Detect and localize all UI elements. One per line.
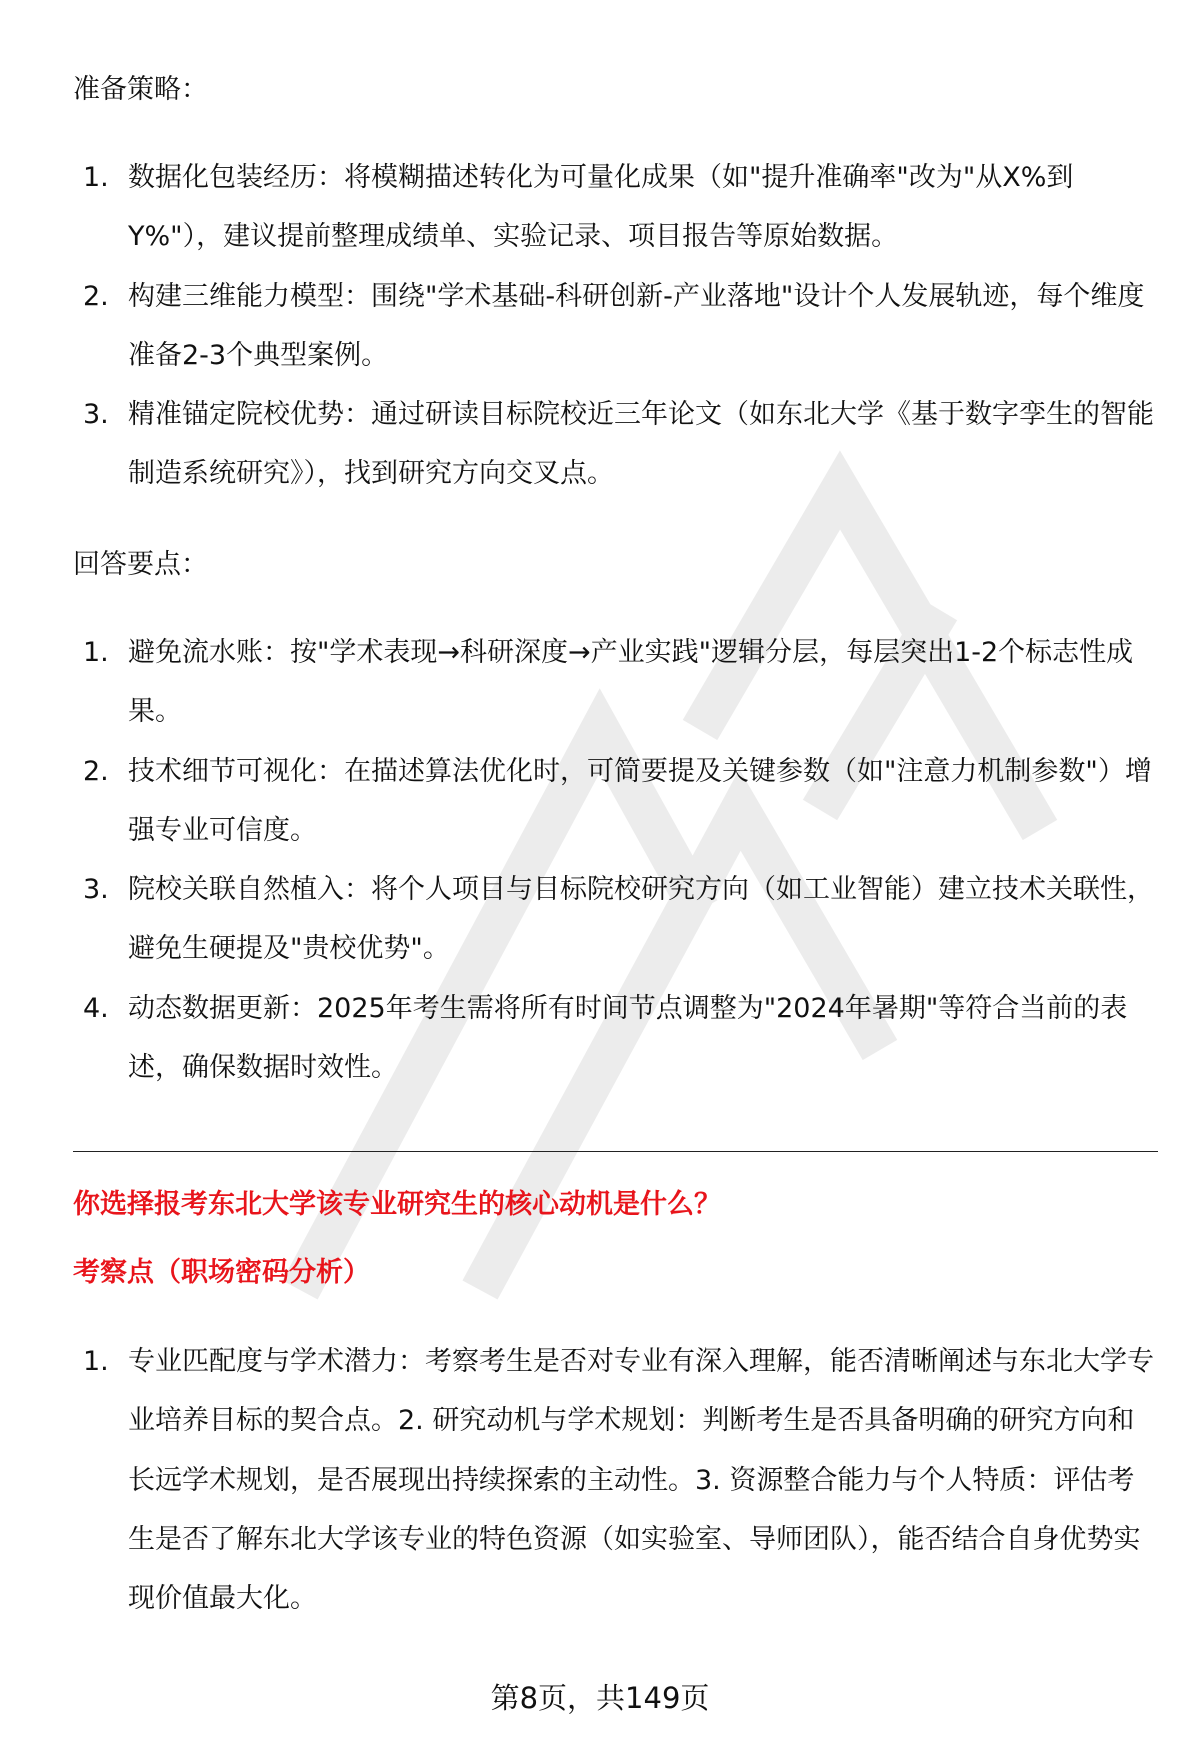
question-subtitle: 考察点（职场密码分析） <box>73 1253 370 1293</box>
item-text: 精准锚定院校优势：通过研读目标院校近三年论文（如东北大学《基于数字孪生的智能制造… <box>128 399 1154 489</box>
item-text: 动态数据更新：2025年考生需将所有时间节点调整为"2024年暑期"等符合当前的… <box>128 993 1127 1083</box>
prep-list: 1. 数据化包装经历：将模糊描述转化为可量化成果（如"提升准确率"改为"从X%到… <box>73 148 1158 504</box>
section-heading-answer: 回答要点： <box>73 545 208 585</box>
question-points-list: 1. 专业匹配度与学术潜力：考察考生是否对专业有深入理解，能否清晰阐述与东北大学… <box>73 1332 1158 1628</box>
list-item: 2. 构建三维能力模型：围绕"学术基础-科研创新-产业落地"设计个人发展轨迹，每… <box>73 267 1158 386</box>
section-heading-prep: 准备策略： <box>73 70 208 110</box>
item-text: 避免流水账：按"学术表现→科研深度→产业实践"逻辑分层，每层突出1-2个标志性成… <box>128 637 1133 727</box>
question-title: 你选择报考东北大学该专业研究生的核心动机是什么？ <box>73 1185 721 1225</box>
list-item: 1. 数据化包装经历：将模糊描述转化为可量化成果（如"提升准确率"改为"从X%到… <box>73 148 1158 267</box>
list-item: 2. 技术细节可视化：在描述算法优化时，可简要提及关键参数（如"注意力机制参数"… <box>73 742 1158 861</box>
item-number: 3. <box>83 385 109 444</box>
item-text: 数据化包装经历：将模糊描述转化为可量化成果（如"提升准确率"改为"从X%到Y%"… <box>128 162 1073 252</box>
item-text: 技术细节可视化：在描述算法优化时，可简要提及关键参数（如"注意力机制参数"）增强… <box>128 756 1152 846</box>
item-text: 构建三维能力模型：围绕"学术基础-科研创新-产业落地"设计个人发展轨迹，每个维度… <box>128 281 1144 371</box>
item-number: 2. <box>83 742 109 801</box>
list-item: 3. 精准锚定院校优势：通过研读目标院校近三年论文（如东北大学《基于数字孪生的智… <box>73 385 1158 504</box>
list-item: 1. 避免流水账：按"学术表现→科研深度→产业实践"逻辑分层，每层突出1-2个标… <box>73 623 1158 742</box>
list-item: 3. 院校关联自然植入：将个人项目与目标院校研究方向（如工业智能）建立技术关联性… <box>73 860 1158 979</box>
answer-list: 1. 避免流水账：按"学术表现→科研深度→产业实践"逻辑分层，每层突出1-2个标… <box>73 623 1158 1097</box>
item-number: 1. <box>83 1332 109 1391</box>
list-item: 1. 专业匹配度与学术潜力：考察考生是否对专业有深入理解，能否清晰阐述与东北大学… <box>73 1332 1158 1628</box>
section-divider <box>73 1151 1158 1152</box>
item-number: 4. <box>83 979 109 1038</box>
item-number: 1. <box>83 148 109 207</box>
item-text: 专业匹配度与学术潜力：考察考生是否对专业有深入理解，能否清晰阐述与东北大学专业培… <box>128 1346 1154 1614</box>
item-text: 院校关联自然植入：将个人项目与目标院校研究方向（如工业智能）建立技术关联性，避免… <box>128 874 1154 964</box>
page-number-footer: 第8页，共149页 <box>0 1678 1200 1718</box>
list-item: 4. 动态数据更新：2025年考生需将所有时间节点调整为"2024年暑期"等符合… <box>73 979 1158 1098</box>
item-number: 3. <box>83 860 109 919</box>
item-number: 2. <box>83 267 109 326</box>
item-number: 1. <box>83 623 109 682</box>
